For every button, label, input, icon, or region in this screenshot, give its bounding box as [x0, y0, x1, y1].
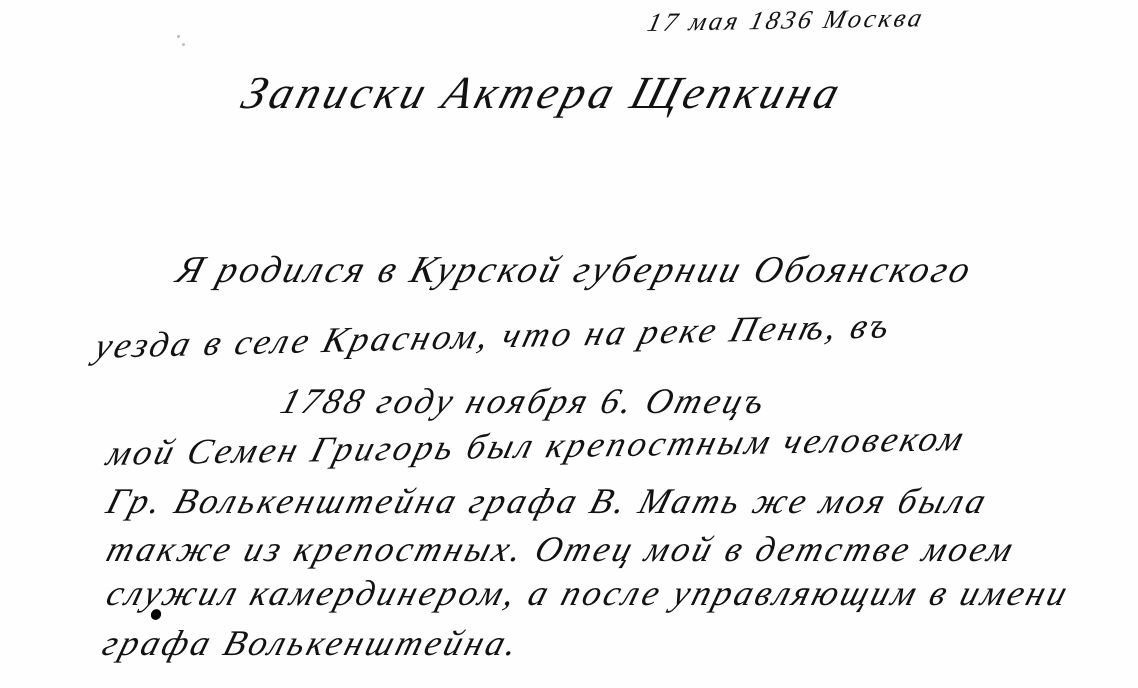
- manuscript-line-4: мой Семен Григорь был крепостным человек…: [102, 417, 971, 474]
- manuscript-line-3: 1788 году ноября 6. Отецъ: [276, 380, 772, 422]
- manuscript-line-5: Гр. Волькенштейна графа В. Мать же моя б…: [102, 480, 994, 522]
- manuscript-page: 17 мая 1836 Москва Записки Актера Щепкин…: [0, 0, 1138, 688]
- manuscript-line-8: графа Волькенштейна.: [98, 622, 526, 664]
- manuscript-line-1: Я родился в Курской губернии Обоянского: [172, 248, 979, 292]
- stray-mark: [182, 43, 185, 46]
- manuscript-line-2: уезда в селе Красном, что на реке Пенѣ, …: [91, 304, 898, 367]
- manuscript-line-7: служил камердинером, а после управляющим…: [102, 572, 1075, 614]
- manuscript-title: Записки Актера Щепкина: [236, 66, 849, 119]
- stray-mark: [177, 35, 180, 38]
- dateline: 17 мая 1836 Москва: [645, 3, 928, 38]
- manuscript-line-6: также из крепостных. Отец мой в детстве …: [102, 528, 1021, 570]
